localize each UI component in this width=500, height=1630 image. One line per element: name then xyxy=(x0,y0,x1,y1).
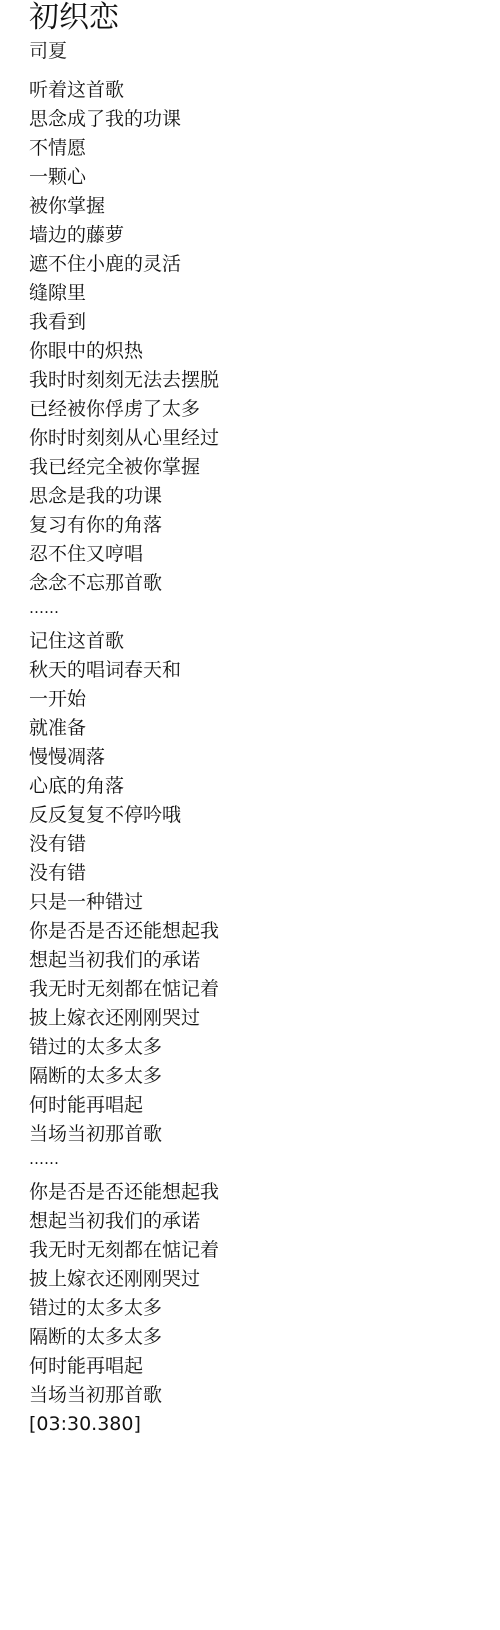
lyric-line: 披上嫁衣还刚刚哭过 xyxy=(29,1265,500,1294)
lyric-line: 听着这首歌 xyxy=(29,76,500,105)
lyric-line: 缝隙里 xyxy=(29,279,500,308)
lyric-line: 已经被你俘虏了太多 xyxy=(29,395,500,424)
lyric-line: 我时时刻刻无法去摆脱 xyxy=(29,366,500,395)
lyric-timestamp: [03:30.380] xyxy=(29,1410,500,1439)
lyric-line: 想起当初我们的承诺 xyxy=(29,1207,500,1236)
lyric-line: 隔断的太多太多 xyxy=(29,1323,500,1352)
song-title: 初织恋 xyxy=(29,0,500,36)
lyric-line: 慢慢凋落 xyxy=(29,743,500,772)
lyric-line: 遮不住小鹿的灵活 xyxy=(29,250,500,279)
lyric-line: 错过的太多太多 xyxy=(29,1033,500,1062)
lyric-line: 不情愿 xyxy=(29,134,500,163)
lyric-line: 我无时无刻都在惦记着 xyxy=(29,975,500,1004)
lyrics-page: 初织恋 司夏 听着这首歌思念成了我的功课不情愿一颗心被你掌握墙边的藤萝遮不住小鹿… xyxy=(0,0,500,1439)
lyric-line: 你时时刻刻从心里经过 xyxy=(29,424,500,453)
lyric-line: 你是否是否还能想起我 xyxy=(29,917,500,946)
lyric-line: 当场当初那首歌 xyxy=(29,1120,500,1149)
lyric-line: 当场当初那首歌 xyxy=(29,1381,500,1410)
lyric-ellipsis: …… xyxy=(29,1149,500,1169)
lyric-line: 秋天的唱词春天和 xyxy=(29,656,500,685)
lyric-line: 何时能再唱起 xyxy=(29,1352,500,1381)
lyric-line: 何时能再唱起 xyxy=(29,1091,500,1120)
lyric-ellipsis: …… xyxy=(29,598,500,618)
lyric-line: 思念是我的功课 xyxy=(29,482,500,511)
lyric-line: 我已经完全被你掌握 xyxy=(29,453,500,482)
lyric-line: 我看到 xyxy=(29,308,500,337)
lyric-line: 念念不忘那首歌 xyxy=(29,569,500,598)
lyric-line: 一颗心 xyxy=(29,163,500,192)
lyric-line: 记住这首歌 xyxy=(29,627,500,656)
lyric-line: 披上嫁衣还刚刚哭过 xyxy=(29,1004,500,1033)
lyric-line: 你是否是否还能想起我 xyxy=(29,1178,500,1207)
lyric-line: 思念成了我的功课 xyxy=(29,105,500,134)
lyric-line: 想起当初我们的承诺 xyxy=(29,946,500,975)
lyric-line: 复习有你的角落 xyxy=(29,511,500,540)
lyric-line: 被你掌握 xyxy=(29,192,500,221)
lyric-line: 忍不住又哼唱 xyxy=(29,540,500,569)
lyric-line: 心底的角落 xyxy=(29,772,500,801)
lyric-line: 隔断的太多太多 xyxy=(29,1062,500,1091)
lyrics-list: 听着这首歌思念成了我的功课不情愿一颗心被你掌握墙边的藤萝遮不住小鹿的灵活缝隙里我… xyxy=(29,76,500,1410)
song-artist: 司夏 xyxy=(29,36,500,66)
lyric-line: 就准备 xyxy=(29,714,500,743)
lyric-line: 反反复复不停吟哦 xyxy=(29,801,500,830)
lyric-line: 墙边的藤萝 xyxy=(29,221,500,250)
lyric-line: 一开始 xyxy=(29,685,500,714)
lyric-line: 没有错 xyxy=(29,830,500,859)
lyric-line: 只是一种错过 xyxy=(29,888,500,917)
lyric-line: 我无时无刻都在惦记着 xyxy=(29,1236,500,1265)
lyric-line: 没有错 xyxy=(29,859,500,888)
lyric-line: 错过的太多太多 xyxy=(29,1294,500,1323)
lyric-line: 你眼中的炽热 xyxy=(29,337,500,366)
